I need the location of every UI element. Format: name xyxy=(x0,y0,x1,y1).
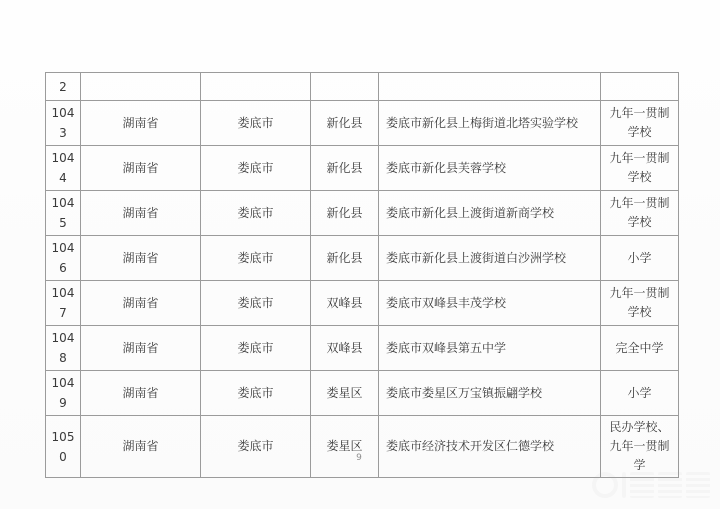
table-row: 1049 湖南省 娄底市 娄星区 娄底市娄星区万宝镇振翩学校 小学 xyxy=(46,371,679,416)
cell-city: 娄底市 xyxy=(201,146,311,191)
cell-city: 娄底市 xyxy=(201,236,311,281)
cell-city: 娄底市 xyxy=(201,191,311,236)
cell-school-name: 娄底市新化县上渡街道新商学校 xyxy=(379,191,601,236)
watermark-glyph-icon xyxy=(686,472,710,498)
cell-school-type xyxy=(601,73,679,101)
cell-school-type: 小学 xyxy=(601,371,679,416)
cell-school-name xyxy=(379,73,601,101)
cell-county: 新化县 xyxy=(311,101,379,146)
cell-row-number: 1046 xyxy=(46,236,81,281)
cell-county: 新化县 xyxy=(311,191,379,236)
cell-county: 新化县 xyxy=(311,236,379,281)
table-row: 1048 湖南省 娄底市 双峰县 娄底市双峰县第五中学 完全中学 xyxy=(46,326,679,371)
cell-province: 湖南省 xyxy=(81,326,201,371)
cell-county: 双峰县 xyxy=(311,281,379,326)
cell-province: 湖南省 xyxy=(81,416,201,478)
cell-row-number: 2 xyxy=(46,73,81,101)
cell-school-type: 九年一贯制学校 xyxy=(601,191,679,236)
page-number: 9 xyxy=(350,453,368,463)
cell-school-type: 九年一贯制学校 xyxy=(601,101,679,146)
cell-school-type: 小学 xyxy=(601,236,679,281)
cell-province xyxy=(81,73,201,101)
cell-school-type: 完全中学 xyxy=(601,326,679,371)
cell-county: 娄星区 xyxy=(311,416,379,478)
cell-row-number: 1048 xyxy=(46,326,81,371)
cell-county xyxy=(311,73,379,101)
cell-city: 娄底市 xyxy=(201,101,311,146)
table-row: 1046 湖南省 娄底市 新化县 娄底市新化县上渡街道白沙洲学校 小学 xyxy=(46,236,679,281)
cell-county: 新化县 xyxy=(311,146,379,191)
table-row: 1050 湖南省 娄底市 娄星区 娄底市经济技术开发区仁德学校 民办学校、九年一… xyxy=(46,416,679,478)
school-list-table: 2 1043 湖南省 娄底市 新化县 娄底市新化县上梅街道北塔实验学校 九年一贯… xyxy=(45,72,679,478)
cell-province: 湖南省 xyxy=(81,191,201,236)
cell-school-name: 娄底市经济技术开发区仁德学校 xyxy=(379,416,601,478)
cell-row-number: 1044 xyxy=(46,146,81,191)
school-table-body: 2 1043 湖南省 娄底市 新化县 娄底市新化县上梅街道北塔实验学校 九年一贯… xyxy=(46,73,679,478)
cell-row-number: 1047 xyxy=(46,281,81,326)
cell-row-number: 1043 xyxy=(46,101,81,146)
table-row: 1047 湖南省 娄底市 双峰县 娄底市双峰县丰茂学校 九年一贯制学校 xyxy=(46,281,679,326)
cell-school-name: 娄底市新化县上梅街道北塔实验学校 xyxy=(379,101,601,146)
cell-school-type: 九年一贯制学校 xyxy=(601,146,679,191)
cell-city: 娄底市 xyxy=(201,416,311,478)
cell-row-number: 1049 xyxy=(46,371,81,416)
cell-province: 湖南省 xyxy=(81,101,201,146)
cell-row-number: 1050 xyxy=(46,416,81,478)
cell-county: 娄星区 xyxy=(311,371,379,416)
cell-province: 湖南省 xyxy=(81,146,201,191)
cell-city: 娄底市 xyxy=(201,281,311,326)
cell-row-number: 1045 xyxy=(46,191,81,236)
cell-city xyxy=(201,73,311,101)
table-row: 1045 湖南省 娄底市 新化县 娄底市新化县上渡街道新商学校 九年一贯制学校 xyxy=(46,191,679,236)
cell-school-type: 九年一贯制学校 xyxy=(601,281,679,326)
cell-school-name: 娄底市新化县上渡街道白沙洲学校 xyxy=(379,236,601,281)
cell-school-name: 娄底市娄星区万宝镇振翩学校 xyxy=(379,371,601,416)
cell-province: 湖南省 xyxy=(81,371,201,416)
table-row: 1044 湖南省 娄底市 新化县 娄底市新化县芙蓉学校 九年一贯制学校 xyxy=(46,146,679,191)
table-row: 1043 湖南省 娄底市 新化县 娄底市新化县上梅街道北塔实验学校 九年一贯制学… xyxy=(46,101,679,146)
cell-city: 娄底市 xyxy=(201,326,311,371)
cell-school-name: 娄底市双峰县第五中学 xyxy=(379,326,601,371)
table-row: 2 xyxy=(46,73,679,101)
cell-city: 娄底市 xyxy=(201,371,311,416)
cell-school-name: 娄底市新化县芙蓉学校 xyxy=(379,146,601,191)
cell-school-type: 民办学校、九年一贯制学 xyxy=(601,416,679,478)
cell-province: 湖南省 xyxy=(81,236,201,281)
cell-school-name: 娄底市双峰县丰茂学校 xyxy=(379,281,601,326)
cell-province: 湖南省 xyxy=(81,281,201,326)
document-page: 2 1043 湖南省 娄底市 新化县 娄底市新化县上梅街道北塔实验学校 九年一贯… xyxy=(0,0,720,509)
cell-county: 双峰县 xyxy=(311,326,379,371)
